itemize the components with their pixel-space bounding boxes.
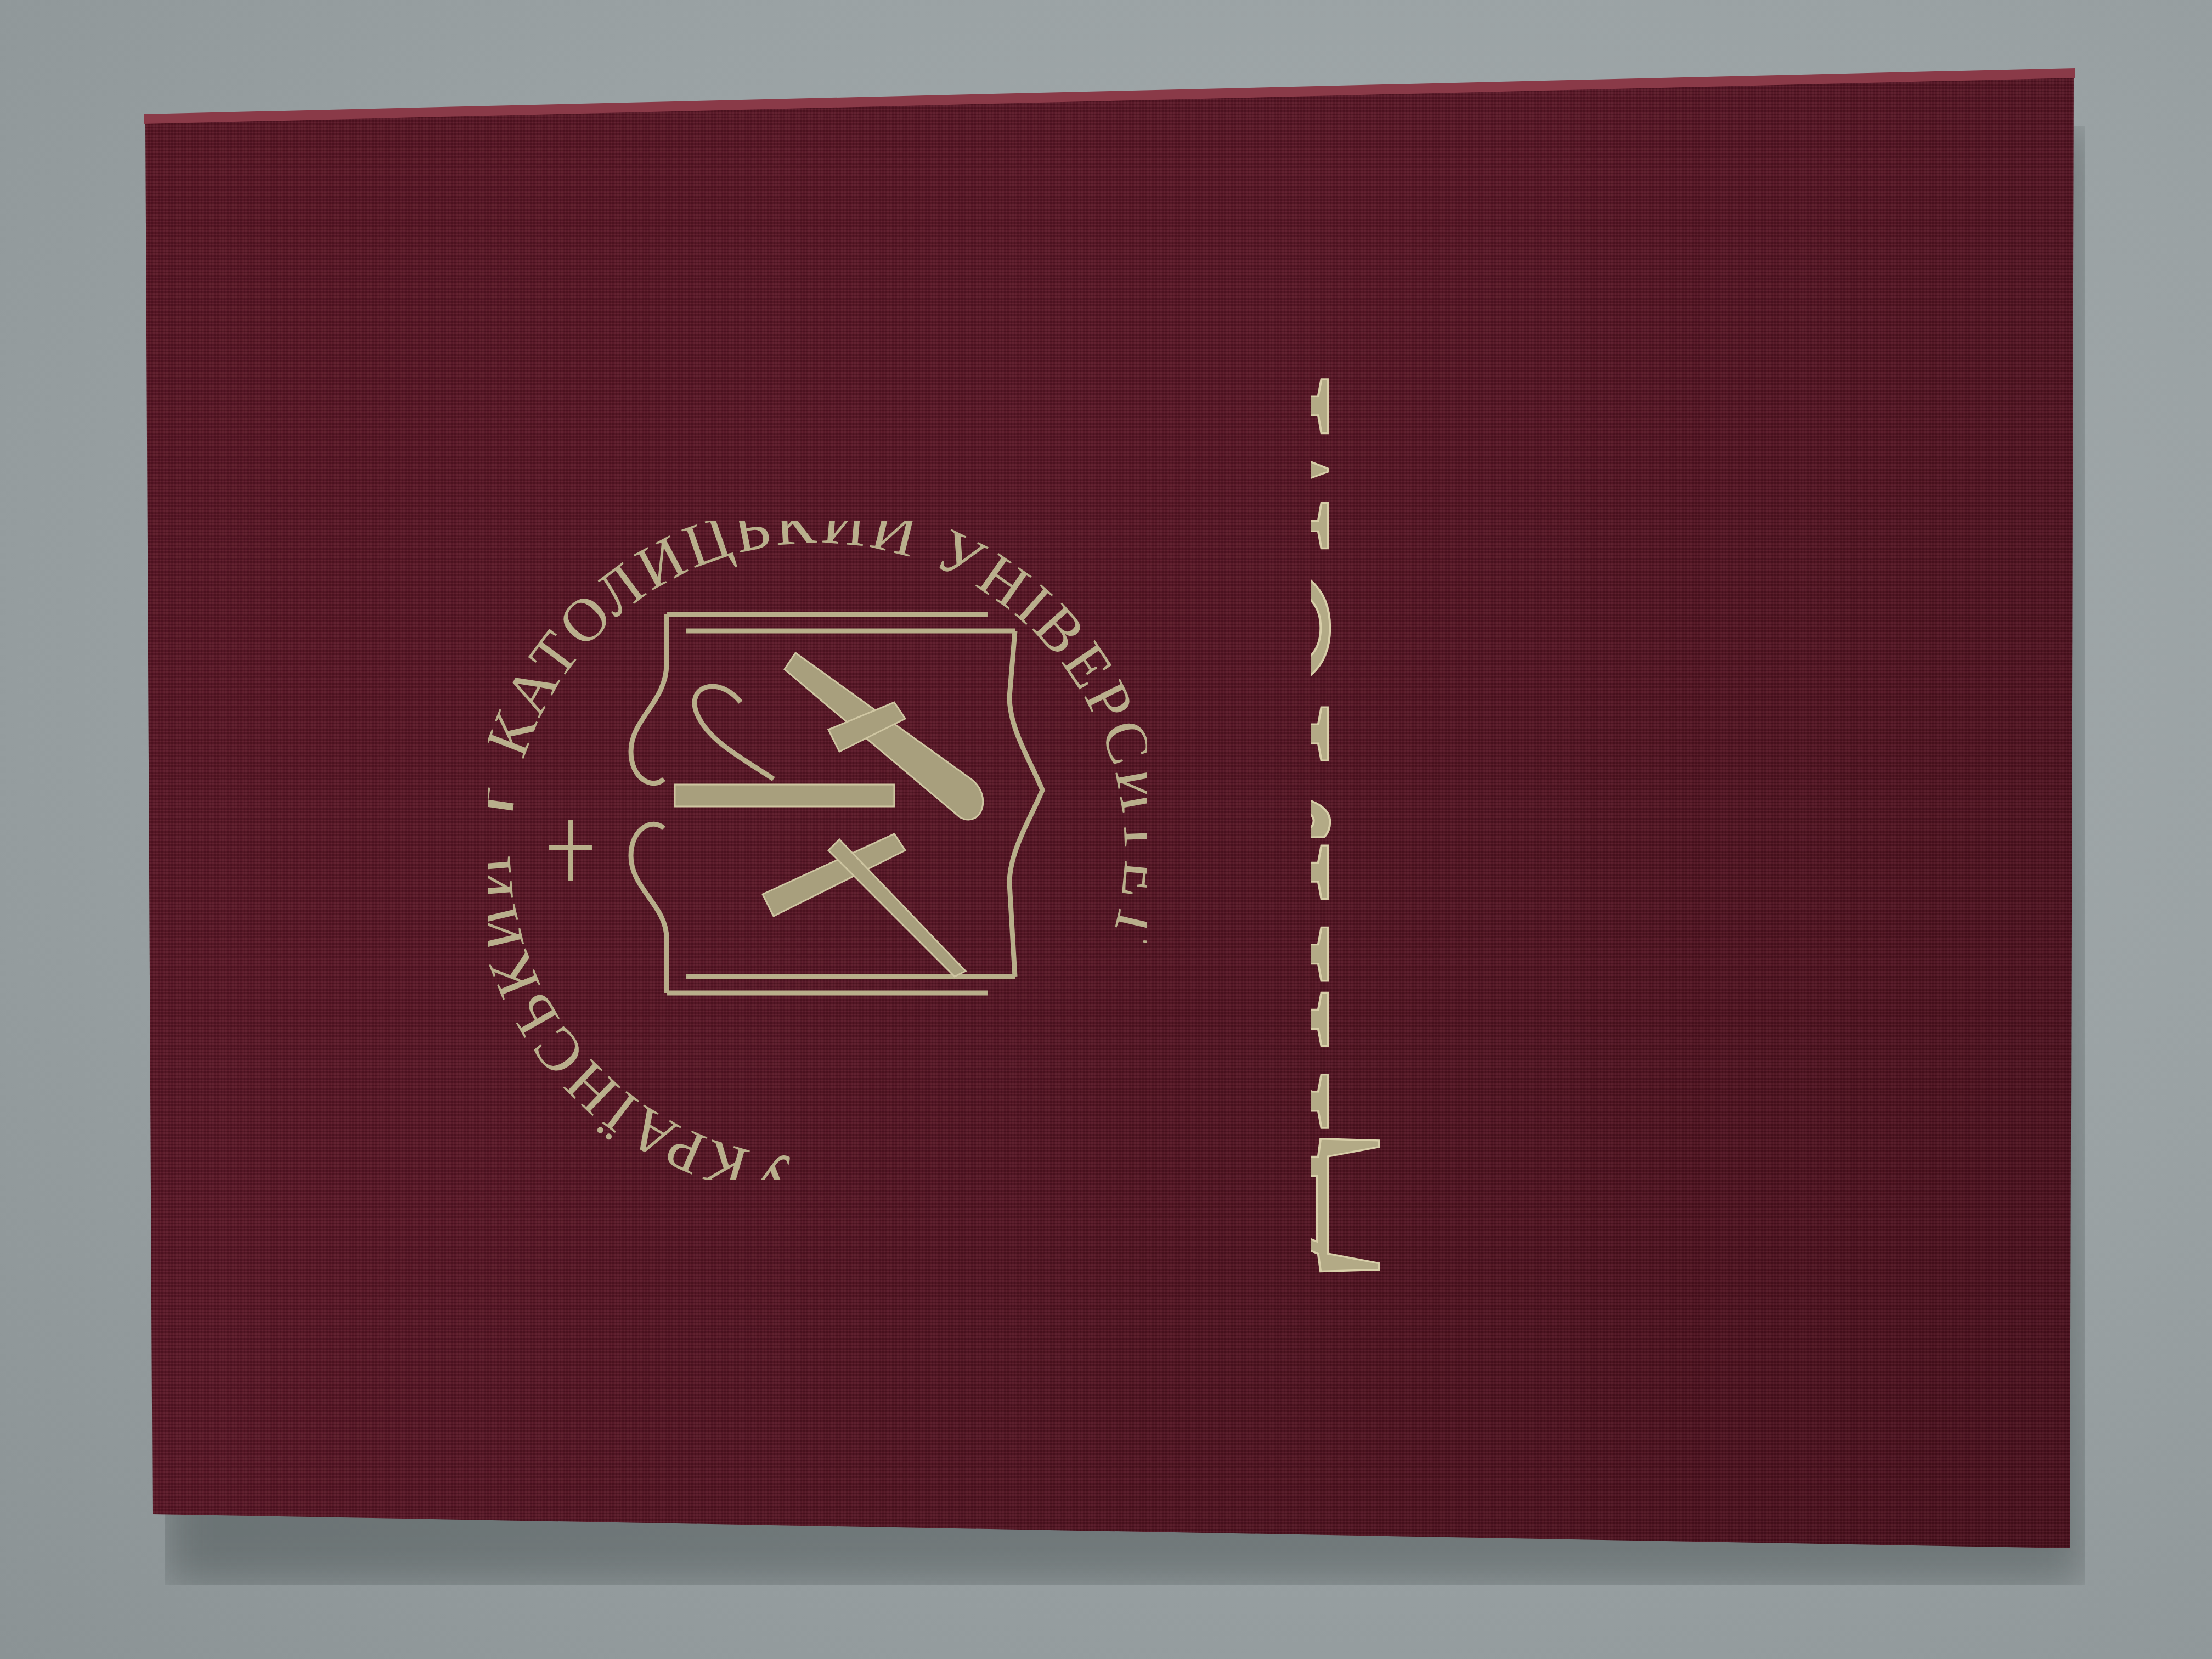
cross-icon <box>549 820 592 881</box>
diploma-title: ДИПЛОМ <box>1311 362 1498 1284</box>
seal-text: УКРАЇНСЬКИЙ ✝ КАТОЛИЦЬКИЙ УНІВЕРСИТЕТ <box>488 521 1147 1180</box>
university-seal: УКРАЇНСЬКИЙ ✝ КАТОЛИЦЬКИЙ УНІВЕРСИТЕТ <box>488 521 1147 1180</box>
crest-icon <box>631 614 1042 993</box>
title-text: ДИПЛОМ <box>1311 373 1380 1273</box>
